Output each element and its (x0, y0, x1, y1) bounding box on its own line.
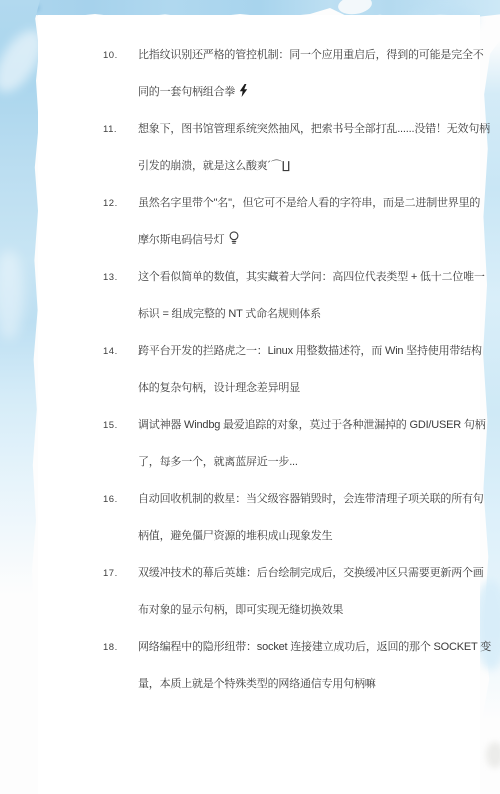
item-number: 18. (103, 629, 118, 666)
list-item: 10. 比指纹识别还严格的管控机制：同一个应用重启后，得到的可能是完全不 同的一… (138, 37, 474, 111)
bottom-right-smudge (486, 742, 500, 768)
item-text: 了，每多一个，就离蓝屏近一步... (138, 456, 298, 468)
item-text: 量，本质上就是个特殊类型的网络通信专用句柄嘛 (138, 678, 376, 690)
numbered-list: 10. 比指纹识别还严格的管控机制：同一个应用重启后，得到的可能是完全不 同的一… (138, 37, 474, 703)
item-text: 这个看似简单的数值，其实藏着大学问：高四位代表类型 + 低十二位唯一 (138, 271, 485, 283)
item-text: 调试神器 Windbg 最爱追踪的对象，莫过于各种泄漏掉的 GDI/USER 句… (138, 419, 486, 431)
item-text: 双缓冲技术的幕后英雄：后台绘制完成后，交换缓冲区只需要更新两个画 (138, 567, 484, 579)
item-text: 柄值，避免僵尸资源的堆积成山现象发生 (138, 530, 332, 542)
item-number: 15. (103, 407, 118, 444)
list-item: 12. 虽然名字里带个"名"，但它可不是给人看的字符串，而是二进制世界里的 摩尔… (138, 185, 474, 259)
item-number: 17. (103, 555, 118, 592)
item-text: 布对象的显示句柄，即可实现无缝切换效果 (138, 604, 343, 616)
content-card: 10. 比指纹识别还严格的管控机制：同一个应用重启后，得到的可能是完全不 同的一… (38, 15, 480, 794)
item-text: 标识 = 组成完整的 NT 式命名规则体系 (138, 308, 321, 320)
lightbulb-icon (228, 224, 240, 261)
item-number: 16. (103, 481, 118, 518)
list-item: 13. 这个看似简单的数值，其实藏着大学问：高四位代表类型 + 低十二位唯一 标… (138, 259, 474, 333)
item-number: 10. (103, 37, 118, 74)
item-number: 11. (103, 111, 117, 148)
item-text: 自动回收机制的救星：当父级容器销毁时，会连带清理子项关联的所有句 (138, 493, 484, 505)
item-text kaomoji-text: 引发的崩溃，就是这么酸爽´⌒∐ (138, 160, 290, 172)
item-number: 12. (103, 185, 118, 222)
lightning-icon (239, 76, 248, 113)
list-item: 14. 跨平台开发的拦路虎之一：Linux 用整数描述符，而 Win 坚持使用带… (138, 333, 474, 407)
item-text: 网络编程中的隐形纽带：socket 连接建立成功后，返回的那个 SOCKET 变 (138, 641, 491, 653)
page: 10. 比指纹识别还严格的管控机制：同一个应用重启后，得到的可能是完全不 同的一… (0, 0, 500, 794)
item-number: 13. (103, 259, 118, 296)
list-item: 15. 调试神器 Windbg 最爱追踪的对象，莫过于各种泄漏掉的 GDI/US… (138, 407, 474, 481)
item-text: 摩尔斯电码信号灯 (138, 234, 224, 246)
item-text: 跨平台开发的拦路虎之一：Linux 用整数描述符，而 Win 坚持使用带结构 (138, 345, 482, 357)
item-text: 想象下，图书馆管理系统突然抽风，把索书号全部打乱......没错！无效句柄 (138, 123, 490, 135)
item-number: 14. (103, 333, 118, 370)
item-text: 虽然名字里带个"名"，但它可不是给人看的字符串，而是二进制世界里的 (138, 197, 480, 209)
list-item: 11. 想象下，图书馆管理系统突然抽风，把索书号全部打乱......没错！无效句… (138, 111, 474, 185)
item-text: 体的复杂句柄，设计理念差异明显 (138, 382, 300, 394)
item-text: 同的一套句柄组合拳 (138, 86, 235, 98)
list-item: 17. 双缓冲技术的幕后英雄：后台绘制完成后，交换缓冲区只需要更新两个画 布对象… (138, 555, 474, 629)
list-item: 16. 自动回收机制的救星：当父级容器销毁时，会连带清理子项关联的所有句 柄值，… (138, 481, 474, 555)
list-item: 18. 网络编程中的隐形纽带：socket 连接建立成功后，返回的那个 SOCK… (138, 629, 474, 703)
item-text: 比指纹识别还严格的管控机制：同一个应用重启后，得到的可能是完全不 (138, 49, 484, 61)
